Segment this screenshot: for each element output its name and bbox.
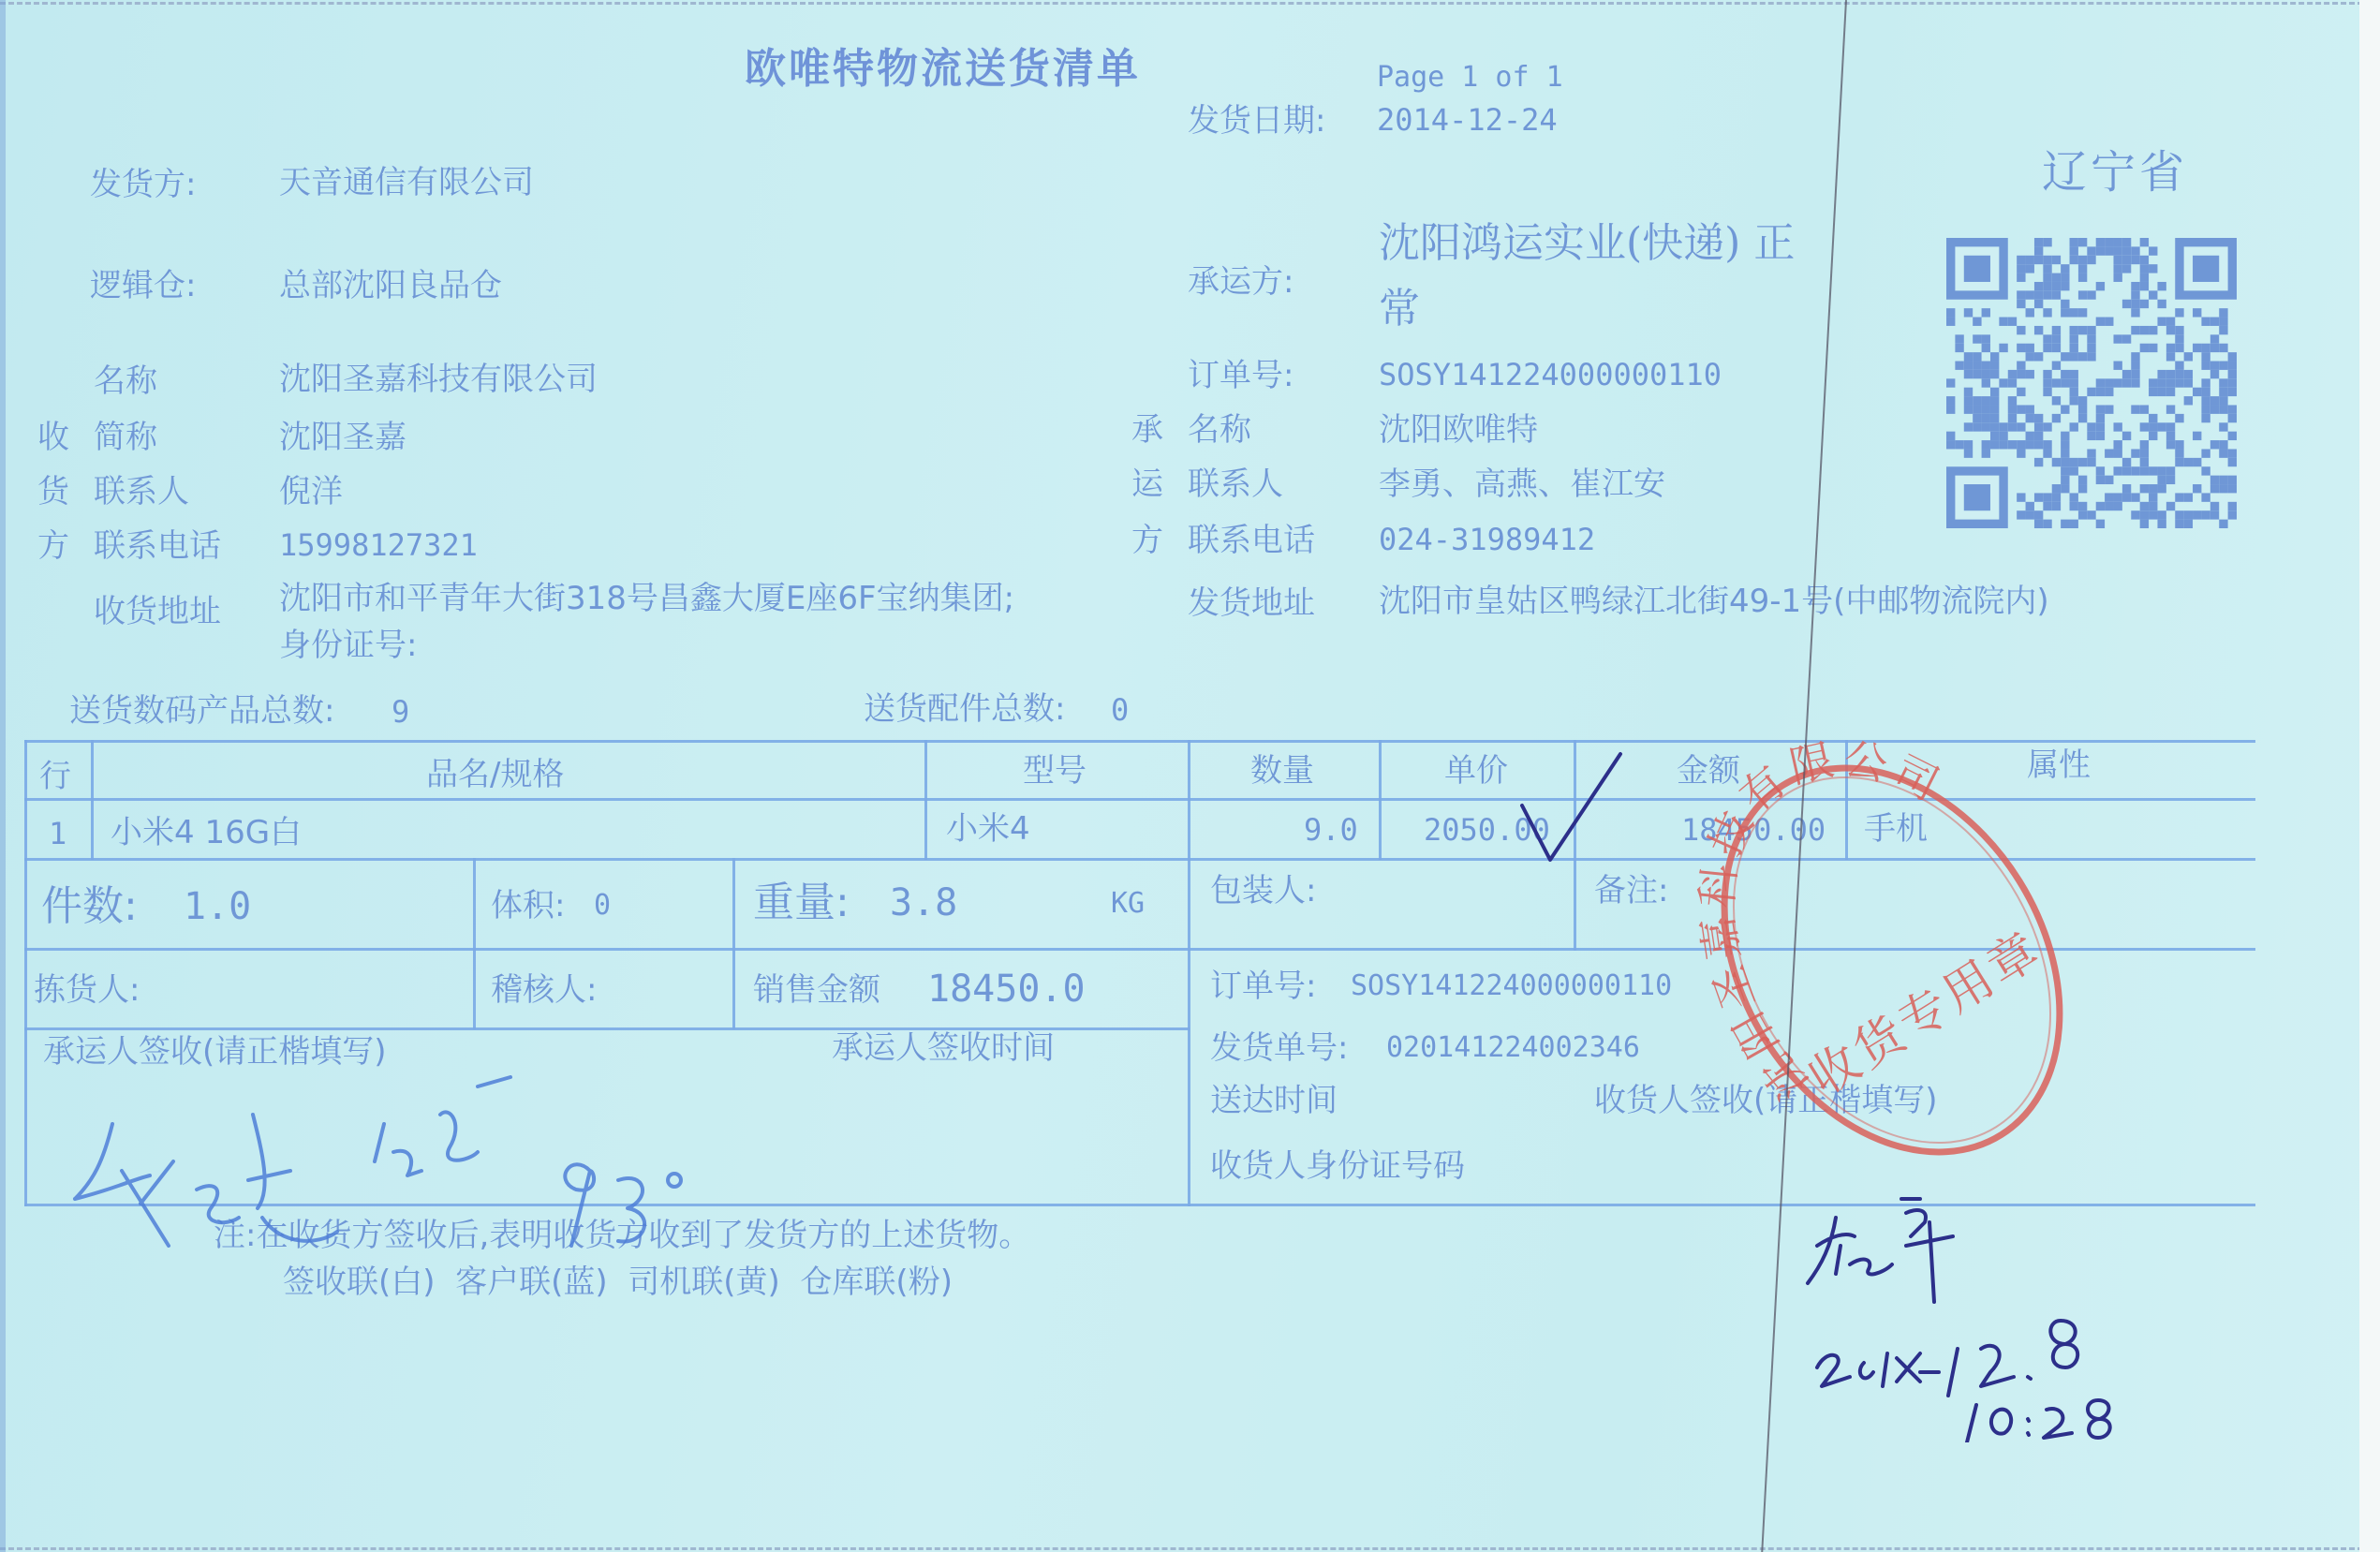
- picker-label: 拣货人:: [34, 974, 140, 1006]
- carrier-time-label: 承运人签收时间: [832, 1032, 1055, 1064]
- carrier-side-1: 承: [1131, 414, 1163, 446]
- carrier-name: 沈阳欧唯特: [1379, 414, 1538, 446]
- sales-amount: 18450.0: [927, 970, 1086, 1008]
- remark-label: 备注:: [1594, 875, 1668, 907]
- ship-date-label: 发货日期:: [1188, 105, 1325, 137]
- warehouse-value: 总部沈阳良品仓: [279, 270, 502, 302]
- carrier-value-line2: 常: [1379, 288, 1420, 330]
- volume-label: 体积:: [491, 890, 565, 922]
- delivery-note: 欧唯特物流送货清单 Page 1 of 1 发货日期: 2014-12-24 辽…: [0, 0, 2380, 1552]
- col-header-model: 型号: [1023, 755, 1087, 787]
- carrier-value-line1: 沈阳鸿运实业(快递) 正: [1379, 223, 1795, 264]
- carrier-address-label: 发货地址: [1188, 587, 1315, 619]
- sign-order-no: SOSY141224000000110: [1351, 972, 1672, 1000]
- document-title: 欧唯特物流送货清单: [745, 49, 1141, 90]
- col-divider: [91, 740, 94, 860]
- consignee-id-label: 身份证号:: [279, 629, 417, 661]
- col-header-price: 单价: [1444, 755, 1508, 787]
- col-header-line: 行: [39, 761, 71, 792]
- qr-code: [1946, 234, 2237, 532]
- consignee-phone-label: 联系电话: [94, 530, 221, 562]
- consignee-address: 沈阳市和平青年大街318号昌鑫大厦E座6F宝纳集团;: [279, 583, 1014, 614]
- col-header-qty: 数量: [1250, 755, 1314, 787]
- volume: 0: [594, 892, 611, 920]
- weight-unit: KG: [1111, 890, 1145, 918]
- shipper-value: 天音通信有限公司: [279, 167, 534, 199]
- ship-date: 2014-12-24: [1377, 105, 1558, 135]
- digital-total-label: 送货数码产品总数:: [69, 695, 334, 727]
- carrier-side-3: 方: [1131, 525, 1163, 556]
- col-divider: [732, 858, 735, 1029]
- consignee-name-label: 名称: [94, 365, 157, 397]
- consignee-contact-label: 联系人: [94, 476, 189, 508]
- cell-name: 小米4 16G白: [111, 817, 302, 849]
- col-divider: [1188, 740, 1190, 1206]
- carrier-side-2: 运: [1131, 468, 1163, 500]
- col-divider: [1379, 740, 1382, 860]
- col-divider: [924, 740, 927, 860]
- order-no: SOSY141224000000110: [1379, 360, 1722, 390]
- page-indicator: Page 1 of 1: [1377, 64, 1563, 92]
- carrier-phone: 024-31989412: [1379, 525, 1595, 554]
- ship-no-label: 发货单号:: [1210, 1032, 1348, 1064]
- cell-model: 小米4: [946, 813, 1030, 845]
- carrier-phone-label: 联系电话: [1188, 525, 1315, 556]
- delivery-time-label: 送达时间: [1210, 1085, 1338, 1116]
- receiver-id-label: 收货人身份证号码: [1210, 1150, 1465, 1182]
- consignee-phone: 15998127321: [279, 530, 478, 560]
- warehouse-label: 逻辑仓:: [90, 270, 196, 302]
- consignee-short: 沈阳圣嘉: [279, 421, 407, 453]
- shipper-label: 发货方:: [90, 169, 196, 200]
- weight-label: 重量:: [753, 882, 850, 924]
- perforation-bottom: [0, 1547, 2380, 1550]
- svg-text:收货专用章: 收货专用章: [1799, 921, 2051, 1107]
- consignee-side-3: 方: [37, 530, 69, 562]
- consignee-contact: 倪洋: [279, 476, 343, 508]
- consignee-address-label: 收货地址: [94, 596, 221, 628]
- right-edge: [2359, 0, 2380, 1552]
- weight: 3.8: [890, 884, 957, 922]
- col-header-name: 品名/规格: [426, 759, 564, 791]
- carrier-name-label: 名称: [1188, 414, 1251, 446]
- sign-order-label: 订单号:: [1210, 970, 1316, 1002]
- order-no-label: 订单号:: [1188, 360, 1293, 392]
- pieces: 1.0: [184, 888, 251, 925]
- sales-label: 销售金额: [753, 974, 880, 1006]
- digital-total: 9: [392, 697, 409, 727]
- perforation-top: [0, 2, 2380, 5]
- check-mark-icon: [1517, 749, 1630, 871]
- receiver-signature: [1798, 1180, 2154, 1442]
- consignee-side-1: 收: [37, 421, 69, 453]
- carrier-label: 承运方:: [1188, 266, 1293, 298]
- consignee-short-label: 简称: [94, 421, 157, 453]
- checker-label: 稽核人:: [491, 974, 597, 1006]
- carrier-contact-label: 联系人: [1188, 468, 1283, 500]
- cell-line: 1: [49, 819, 67, 849]
- cell-qty: 9.0: [1304, 815, 1358, 845]
- company-stamp: 沈阳圣嘉科技有限公司 收货专用章: [1677, 740, 2107, 1180]
- consignee-side-2: 货: [37, 476, 69, 508]
- pieces-label: 件数:: [41, 886, 138, 927]
- packer-label: 包装人:: [1210, 875, 1316, 907]
- table-border-left: [24, 740, 27, 1206]
- accessory-total-label: 送货配件总数:: [864, 693, 1065, 725]
- ship-no: 020141224002346: [1386, 1034, 1640, 1062]
- carrier-contact: 李勇、高燕、崔江安: [1379, 468, 1665, 500]
- carrier-address: 沈阳市皇姑区鸭绿江北街49-1号(中邮物流院内): [1379, 585, 2049, 617]
- col-divider: [473, 858, 476, 1029]
- accessory-total: 0: [1111, 695, 1129, 725]
- carrier-signature: [37, 1058, 693, 1283]
- province: 辽宁省: [2042, 150, 2188, 195]
- left-edge: [0, 0, 6, 1552]
- consignee-name: 沈阳圣嘉科技有限公司: [279, 363, 598, 395]
